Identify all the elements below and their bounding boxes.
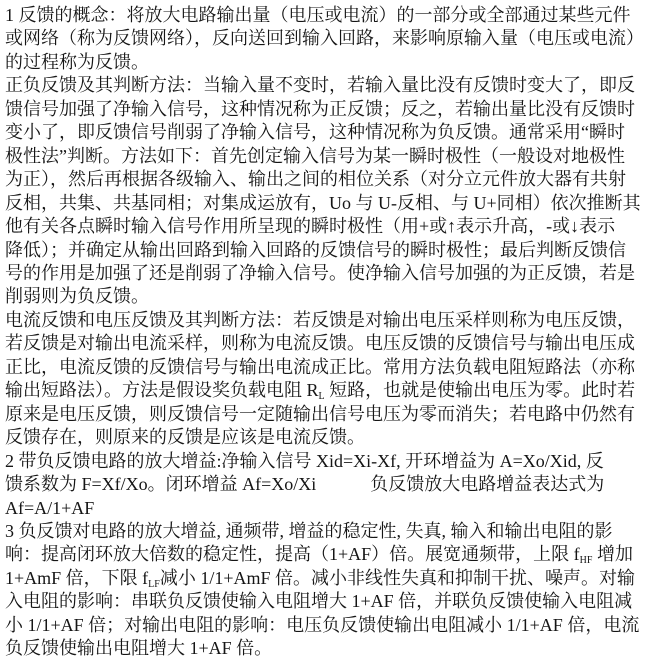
text-segment: 输出短路法）。方法是假设奖负载电阻 R: [5, 380, 319, 400]
text-line: 削弱则为负反馈。: [5, 285, 647, 308]
text-line: 反相，共集、共基同相；对集成运放有，Uo 与 U-反相、与 U+同相）依次推断其: [5, 192, 647, 215]
text-line: 变小了，即反馈信号削弱了净输入信号，这种情况称为负反馈。通常采用“瞬时: [5, 121, 647, 144]
text-line: Af=A/1+AF: [5, 497, 647, 520]
text-segment: 减小 1/1+AmF 倍。减小非线性失真和抑制干扰、噪声。对输: [160, 568, 635, 588]
text-segment: 1+AmF 倍，下限 f: [5, 568, 148, 588]
text-line: 入电阻的影响：串联负反馈使输入电阻增大 1+AF 倍，并联负反馈使输入电阻减: [5, 590, 647, 613]
text-line: 1+AmF 倍，下限 fLF减小 1/1+AmF 倍。减小非线性失真和抑制干扰、…: [5, 567, 647, 590]
text-line: 号的作用是加强了还是削弱了净输入信号。使净输入信号加强的为正反馈，若是: [5, 262, 647, 285]
text-line: 若反馈是对输出电流采样，则称为电流反馈。电压反馈的反馈信号与输出电压成: [5, 332, 647, 355]
text-line: 原来是电压反馈，则反馈信号一定随输出信号电压为零而消失；若电路中仍然有: [5, 403, 647, 426]
text-line: 降低）；并确定从输出回路到输入回路的反馈信号的瞬时极性；最后判断反馈信: [5, 239, 647, 262]
subscript-fhf: HF: [580, 555, 593, 566]
text-line: 电流反馈和电压反馈及其判断方法：若反馈是对输出电压采样则称为电压反馈，: [5, 309, 647, 332]
text-line: 3 负反馈对电路的放大增益, 通频带, 增益的稳定性, 失真, 输入和输出电阻的…: [5, 520, 647, 543]
text-segment: 增加: [592, 544, 633, 564]
text-line: 正负反馈及其判断方法：当输入量不变时，若输入量比没有反馈时变大了，即反: [5, 74, 647, 97]
text-line: 响：提高闭环放大倍数的稳定性，提高（1+AF）倍。展宽通频带，上限 fHF 增加: [5, 543, 647, 566]
text-line: 的过程称为反馈。: [5, 51, 647, 74]
text-line: 输出短路法）。方法是假设奖负载电阻 RL 短路，也就是使输出电压为零。此时若: [5, 379, 647, 402]
text-line: 反馈存在，则原来的反馈是应该是电流反馈。: [5, 426, 647, 449]
text-line: 他有关各点瞬时输入信号作用所呈现的瞬时极性（用+或↑表示升高，-或↓表示: [5, 215, 647, 238]
text-line: 馈信号加强了净输入信号，这种情况称为正反馈；反之，若输出量比没有反馈时: [5, 98, 647, 121]
text-line: 正比，电流反馈的反馈信号与输出电流成正比。常用方法负载电阻短路法（亦称: [5, 356, 647, 379]
document-page: 1 反馈的概念：将放大电路输出量（电压或电流）的一部分或全部通过某些元件 或网络…: [0, 0, 651, 664]
text-line: 或网络（称为反馈网络），反向送回到输入回路，来影响原输入量（电压或电流）: [5, 27, 647, 50]
text-line: 小 1/1+AF 倍；对输出电阻的影响：电压负反馈使输出电阻减小 1/1+AF …: [5, 614, 647, 637]
text-line: 为正），然后再根据各级输入、输出之间的相位关系（对分立元件放大器有共射: [5, 168, 647, 191]
text-segment: 响：提高闭环放大倍数的稳定性，提高（1+AF）倍。展宽通频带，上限 f: [5, 544, 580, 564]
text-segment: 短路，也就是使输出电压为零。此时若: [325, 380, 636, 400]
text-line: 2 带负反馈电路的放大增益:净输入信号 Xid=Xi-Xf, 开环增益为 A=X…: [5, 450, 647, 473]
text-line: 馈系数为 F=Xf/Xo。闭环增益 Af=Xo/Xi 负反馈放大电路增益表达式为: [5, 473, 647, 496]
text-line: 极性法”判断。方法如下：首先创定输入信号为某一瞬时极性（一般设对地极性: [5, 145, 647, 168]
text-line: 1 反馈的概念：将放大电路输出量（电压或电流）的一部分或全部通过某些元件: [5, 4, 647, 27]
subscript-flf: LF: [148, 579, 160, 590]
text-line: 负反馈使输出电阻增大 1+AF 倍。: [5, 637, 647, 660]
